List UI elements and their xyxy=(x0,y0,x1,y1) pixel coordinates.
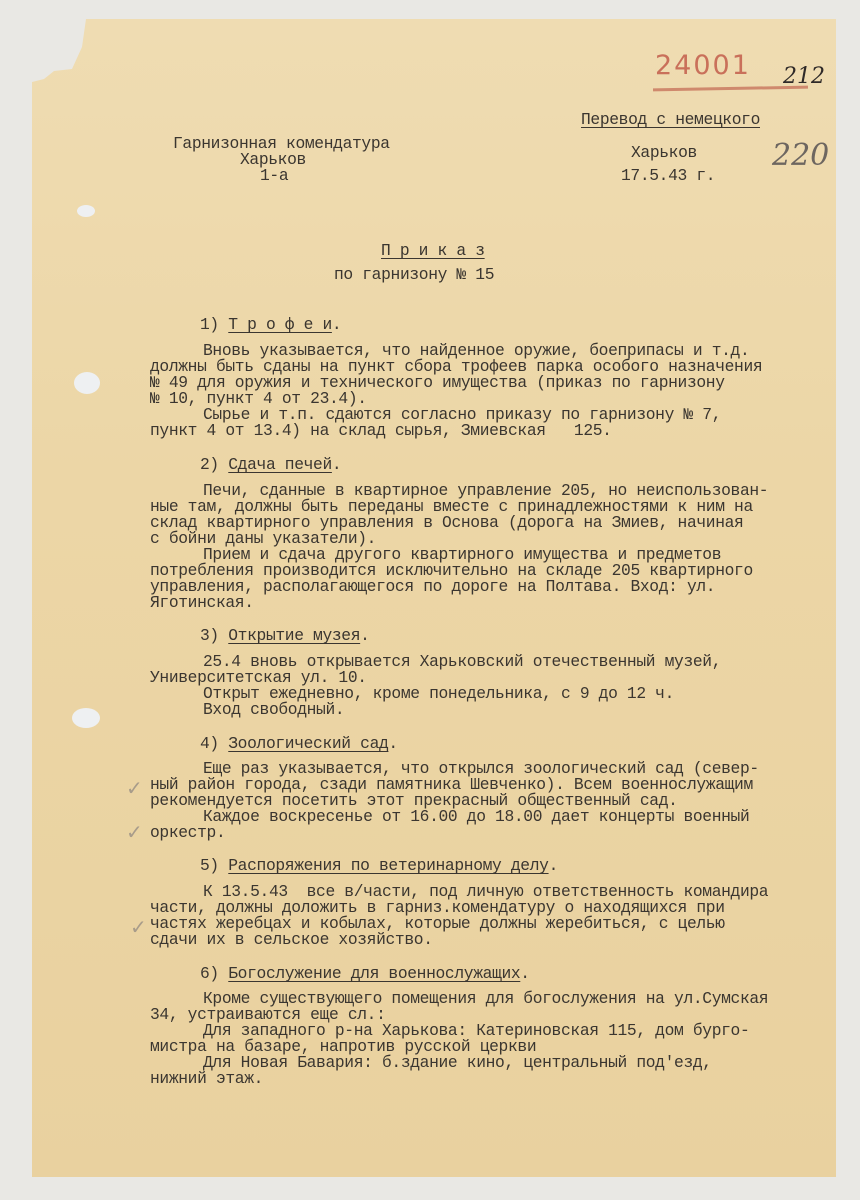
folio-number-top: 212 xyxy=(783,64,825,89)
section-6-line: Для Новая Бавария: б.здание кино, центра… xyxy=(203,1055,712,1072)
section-6-line: нижний этаж. xyxy=(150,1071,263,1088)
section-3-line: Вход свободный. xyxy=(203,702,344,719)
section-3-heading: 3) Открытие музея. xyxy=(200,628,370,645)
section-5-heading: 5) Распоряжения по ветеринарному делу. xyxy=(200,858,558,875)
punch-hole xyxy=(72,708,100,728)
section-5-line: сдачи их в сельское хозяйство. xyxy=(150,932,433,949)
archive-stamp: 24001 xyxy=(655,50,751,81)
margin-check-icon: ✓ xyxy=(126,820,143,844)
page-subtitle: по гарнизону № 15 xyxy=(334,267,494,284)
margin-check-icon: ✓ xyxy=(130,915,147,939)
page-title: П р и к а з xyxy=(381,243,485,260)
section-2-line: Яготинская. xyxy=(150,595,254,612)
folio-number-side: 220 xyxy=(772,138,829,173)
section-1-heading: 1) Т р о ф е и. xyxy=(200,317,341,334)
header-left-line3: 1-а xyxy=(260,168,288,185)
punch-hole xyxy=(74,372,100,394)
section-4-line: Каждое воскресенье от 16.00 до 18.00 дае… xyxy=(203,809,749,826)
translation-note: Перевод с немецкого xyxy=(581,112,760,129)
header-right-date: 17.5.43 г. xyxy=(621,168,715,185)
margin-check-icon: ✓ xyxy=(126,776,143,800)
header-right-city: Харьков xyxy=(631,145,697,162)
section-4-heading: 4) Зоологический сад. xyxy=(200,736,398,753)
section-2-heading: 2) Сдача печей. xyxy=(200,457,341,474)
section-6-heading: 6) Богослужение для военнослужащих. xyxy=(200,966,530,983)
section-4-line: оркестр. xyxy=(150,825,225,842)
section-1-line: пункт 4 от 13.4) на склад сырья, Змиевск… xyxy=(150,423,612,440)
punch-hole xyxy=(77,205,95,217)
